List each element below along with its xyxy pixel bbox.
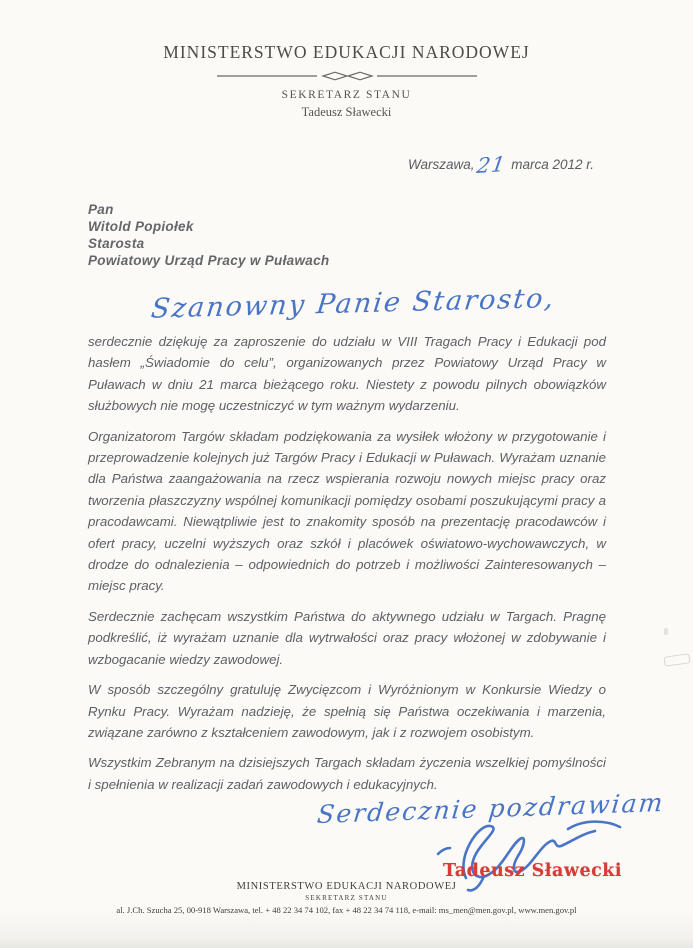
paragraph: Wszystkim Zebranym na dzisiejszych Targa… — [88, 752, 606, 795]
ministry-title: MINISTERSTWO EDUKACJI NARODOWEJ — [0, 42, 693, 63]
footer: MINISTERSTWO EDUKACJI NARODOWEJ SEKRETAR… — [0, 881, 693, 915]
dateline-city: Warszawa, — [408, 157, 475, 172]
scan-artifact — [664, 628, 668, 635]
footer-address: al. J.Ch. Szucha 25, 00-918 Warszawa, te… — [0, 905, 693, 915]
dateline: Warszawa,21marca 2012 r. — [408, 153, 594, 177]
addressee-line: Powiatowy Urząd Pracy w Puławach — [88, 252, 329, 269]
paragraph: W sposób szczególny gratuluję Zwycięzcom… — [88, 679, 606, 743]
name-stamp: Tadeusz Sławecki — [443, 861, 622, 881]
addressee-line: Pan — [88, 201, 329, 218]
handwritten-day: 21 — [475, 152, 508, 178]
header-divider-ornament — [217, 69, 477, 83]
paragraph: serdecznie dziękuję za zaproszenie do ud… — [88, 331, 606, 417]
footer-ministry: MINISTERSTWO EDUKACJI NARODOWEJ — [0, 881, 693, 892]
secretary-role: SEKRETARZ STANU — [0, 89, 693, 101]
footer-role: SEKRETARZ STANU — [0, 894, 693, 902]
dateline-rest: marca 2012 r. — [511, 157, 594, 172]
letterhead: MINISTERSTWO EDUKACJI NARODOWEJ SEKRETAR… — [0, 42, 693, 120]
addressee-block: Pan Witold Popiołek Starosta Powiatowy U… — [88, 201, 329, 269]
paragraph: Serdecznie zachęcam wszystkim Państwa do… — [88, 606, 606, 670]
addressee-line: Witold Popiołek — [88, 218, 329, 235]
handwritten-salutation: Szanowny Panie Starosto, — [150, 282, 585, 324]
scan-artifact — [663, 653, 690, 667]
paragraph: Organizatorom Targów składam podziękowan… — [88, 426, 606, 597]
secretary-name: Tadeusz Sławecki — [0, 105, 693, 120]
letter-body: serdecznie dziękuję za zaproszenie do ud… — [88, 331, 606, 804]
scanned-letter-page: MINISTERSTWO EDUKACJI NARODOWEJ SEKRETAR… — [0, 0, 693, 948]
addressee-line: Starosta — [88, 235, 329, 252]
